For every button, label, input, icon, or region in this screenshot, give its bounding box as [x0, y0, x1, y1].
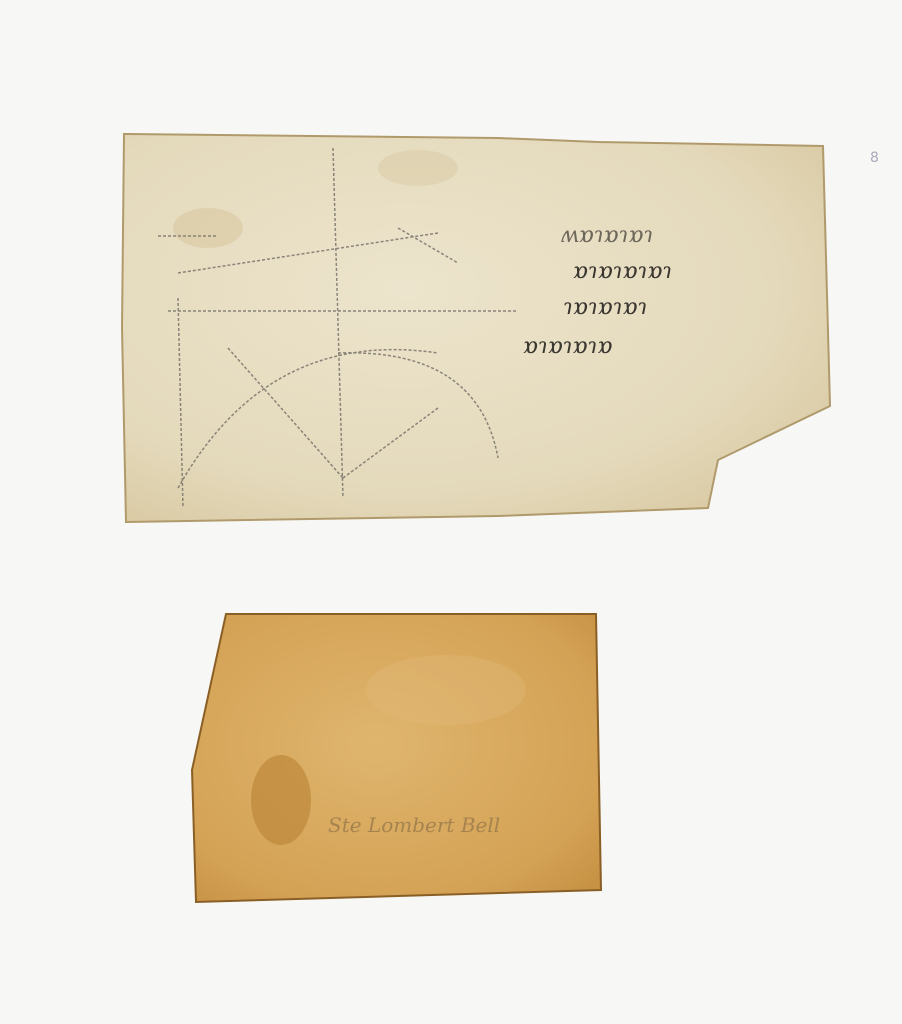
text-line-2: ɒɿɒɿɒɿɒɿ	[573, 259, 672, 284]
upper-paper-fragment: ʍɒɿɒɿɒɿ ɒɿɒɿɒɿɒɿ ɿɒɿɒɿɒɿ ɒɿɒɿɒɿɒ	[118, 128, 838, 528]
text-line-3: ɿɒɿɒɿɒɿ	[563, 295, 647, 320]
lower-fragment-graphic: Ste Lombert Bell	[186, 610, 606, 910]
lower-paper-fragment: Ste Lombert Bell	[186, 610, 606, 910]
faint-inscription: Ste Lombert Bell	[328, 813, 500, 837]
upper-fragment-graphic: ʍɒɿɒɿɒɿ ɒɿɒɿɒɿɒɿ ɿɒɿɒɿɒɿ ɒɿɒɿɒɿɒ	[118, 128, 838, 528]
edge-mark: 8	[870, 150, 879, 166]
text-line-4: ɒɿɒɿɒɿɒ	[523, 334, 612, 359]
text-line-1: ʍɒɿɒɿɒɿ	[560, 223, 653, 248]
